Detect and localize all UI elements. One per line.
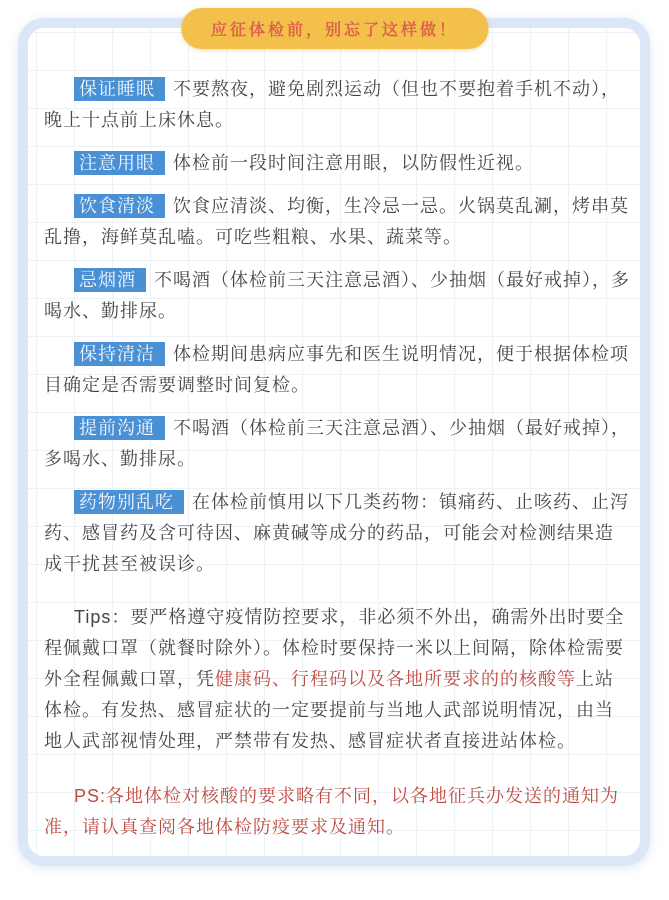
ps-paragraph: PS:各地体检对核酸的要求略有不同，以各地征兵办发送的通知为准，请认真查阅各地体… — [44, 781, 630, 843]
section-paragraph-cleanliness: 保持清洁体检期间患病应事先和医生说明情况，便于根据体检项目确定是否需要调整时间复… — [44, 339, 630, 401]
banner-title: 应征体检前，别忘了这样做！ — [211, 22, 458, 39]
section-label: 保证睡眠 — [74, 77, 165, 101]
section-text: 体检前一段时间注意用眼，以防假性近视。 — [173, 153, 534, 173]
section-paragraph-sleep: 保证睡眠不要熬夜，避免剧烈运动（但也不要抱着手机不动），晚上十点前上床休息。 — [44, 74, 630, 136]
section-label: 注意用眼 — [74, 151, 165, 175]
banner: 应征体检前，别忘了这样做！ — [181, 8, 488, 49]
section-paragraph-no-smoke-alcohol: 忌烟酒不喝酒（体检前三天注意忌酒）、少抽烟（最好戒掉），多喝水、勤排尿。 — [44, 265, 630, 327]
section-label: 提前沟通 — [74, 416, 165, 440]
section-label: 药物别乱吃 — [74, 490, 184, 514]
content-board: 保证睡眠不要熬夜，避免剧烈运动（但也不要抱着手机不动），晚上十点前上床休息。 注… — [18, 18, 650, 866]
tips-paragraph: Tips：要严格遵守疫情防控要求，非必须不外出，确需外出时要全程佩戴口罩（就餐时… — [44, 602, 630, 757]
tips-highlight-red: 健康码、行程码以及各地所要求的的核酸等 — [215, 669, 576, 689]
section-paragraph-communicate: 提前沟通不喝酒（体检前三天注意忌酒）、少抽烟（最好戒掉），多喝水、勤排尿。 — [44, 413, 630, 475]
poster-page: 保证睡眠不要熬夜，避免剧烈运动（但也不要抱着手机不动），晚上十点前上床休息。 注… — [0, 0, 669, 900]
content-area: 保证睡眠不要熬夜，避免剧烈运动（但也不要抱着手机不动），晚上十点前上床休息。 注… — [28, 28, 640, 843]
section-paragraph-medication: 药物别乱吃在体检前慎用以下几类药物：镇痛药、止咳药、止泻药、感冒药及含可待因、麻… — [44, 487, 630, 580]
section-paragraph-diet: 饮食清淡饮食应清淡、均衡，生冷忌一忌。火锅莫乱涮，烤串莫乱撸，海鲜莫乱嗑。可吃些… — [44, 191, 630, 253]
tips-prefix: Tips： — [74, 607, 130, 627]
section-paragraph-eyes: 注意用眼体检前一段时间注意用眼，以防假性近视。 — [44, 148, 630, 179]
section-label: 保持清洁 — [74, 342, 165, 366]
section-label: 忌烟酒 — [74, 268, 146, 292]
section-label: 饮食清淡 — [74, 194, 165, 218]
